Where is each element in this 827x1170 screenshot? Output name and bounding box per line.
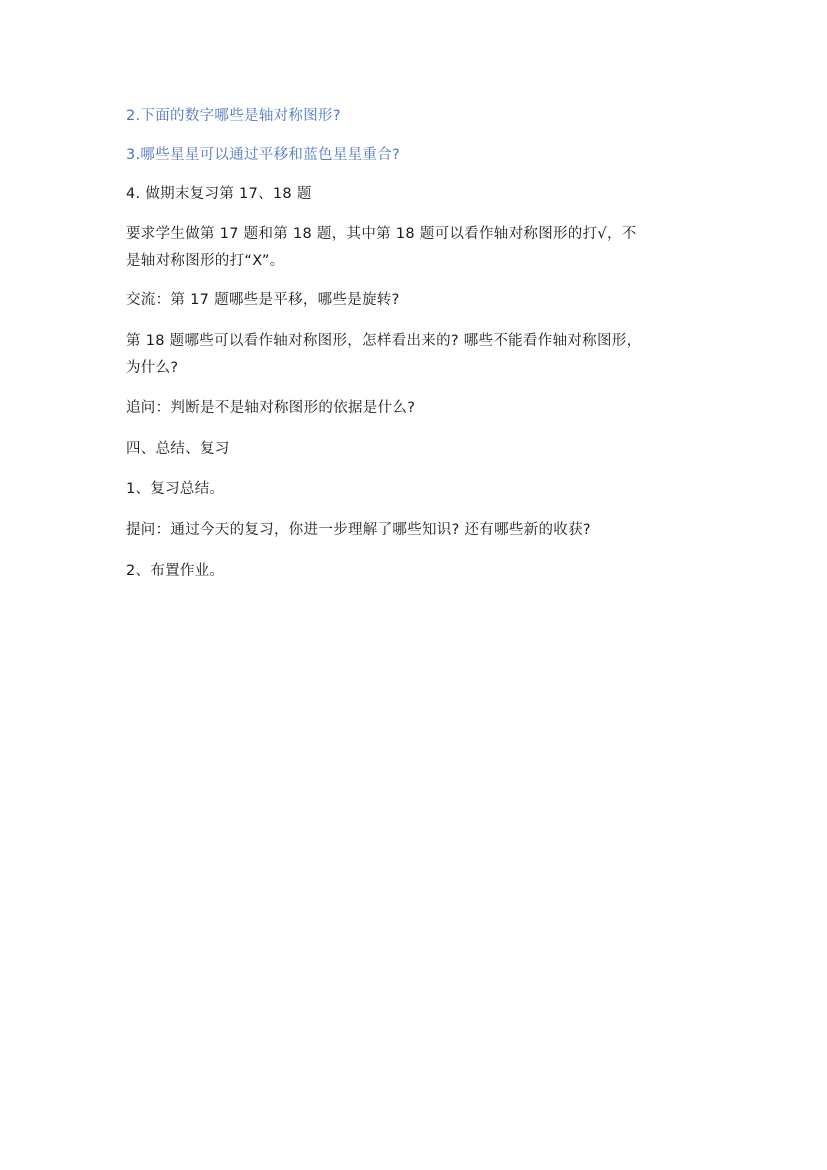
question-3: 3.哪些星星可以通过平移和蓝色星星重合? (126, 146, 400, 164)
follow-up-question: 追问：判断是不是轴对称图形的依据是什么? (126, 399, 415, 417)
item-4-heading: 4. 做期末复习第 17、18 题 (126, 185, 312, 203)
step-1: 1、复习总结。 (126, 480, 224, 498)
question-18-line-2: 为什么? (126, 359, 178, 377)
question-18-line-1: 第 18 题哪些可以看作轴对称图形，怎样看出来的? 哪些不能看作轴对称图形， (126, 332, 641, 350)
requirement-line-1: 要求学生做第 17 题和第 18 题，其中第 18 题可以看作轴对称图形的打√，… (126, 225, 637, 243)
section-4-heading: 四、总结、复习 (126, 440, 230, 458)
question-2: 2.下面的数字哪些是轴对称图形? (126, 107, 341, 125)
document-page: 2.下面的数字哪些是轴对称图形? 3.哪些星星可以通过平移和蓝色星星重合? 4.… (0, 0, 827, 1170)
requirement-line-2: 是轴对称图形的打“X”。 (126, 252, 284, 270)
reflection-prompt: 提问：通过今天的复习，你进一步理解了哪些知识? 还有哪些新的收获? (126, 521, 591, 539)
discussion-text: 交流：第 17 题哪些是平移，哪些是旋转? (126, 291, 400, 309)
step-2: 2、布置作业。 (126, 562, 224, 580)
